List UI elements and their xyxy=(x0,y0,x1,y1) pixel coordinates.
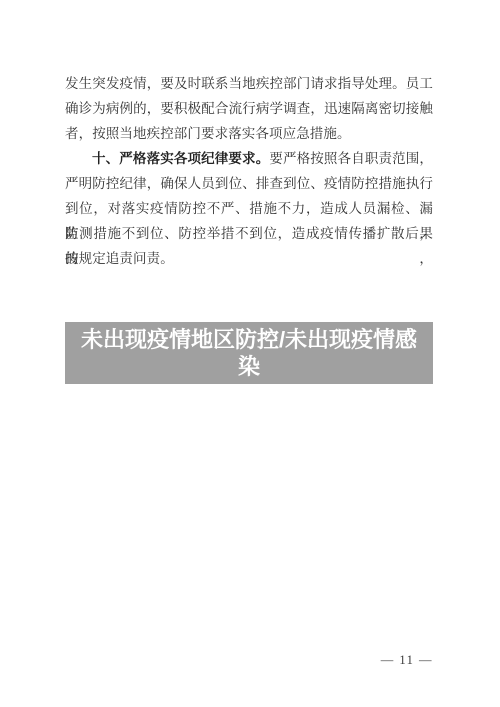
banner-text-line-1: 未出现疫情地区防控/未出现疫情感 xyxy=(81,326,417,353)
section-heading: 十、严格落实各项纪律要求。 xyxy=(92,151,269,166)
paragraph2-line-2: 严明防控纪律，确保人员到位、排查到位、疫情防控措施执行 xyxy=(65,171,433,196)
paragraph2-line-1: 十、严格落实各项纪律要求。要严格按照各自职责范围， xyxy=(65,146,433,171)
body-text-block: 发生突发疫情，要及时联系当地疾控部门请求指导处理。员工 确诊为病例的，要积极配合… xyxy=(65,71,433,271)
paragraph1-line-2: 确诊为病例的，要积极配合流行病学调查，迅速隔离密切接触 xyxy=(65,96,433,121)
paragraph1-line-1: 发生突发疫情，要及时联系当地疾控部门请求指导处理。员工 xyxy=(65,71,433,96)
paragraph2-line-1-rest: 要严格按照各自职责范围， xyxy=(269,151,433,166)
section-banner: 未出现疫情地区防控/未出现疫情感 染 xyxy=(65,322,433,384)
page-number: — 11 — xyxy=(381,653,433,668)
document-page: 发生突发疫情，要及时联系当地疾控部门请求指导处理。员工 确诊为病例的，要积极配合… xyxy=(0,0,500,707)
paragraph1-line-3: 者，按照当地疾控部门要求落实各项应急措施。 xyxy=(65,121,433,146)
paragraph2-line-4: 监测措施不到位、防控举措不到位，造成疫情传播扩散后果的， xyxy=(65,221,433,246)
paragraph2-line-3: 到位，对落实疫情防控不严、措施不力，造成人员漏检、漏防， xyxy=(65,196,433,221)
banner-text-line-2: 染 xyxy=(238,353,260,380)
